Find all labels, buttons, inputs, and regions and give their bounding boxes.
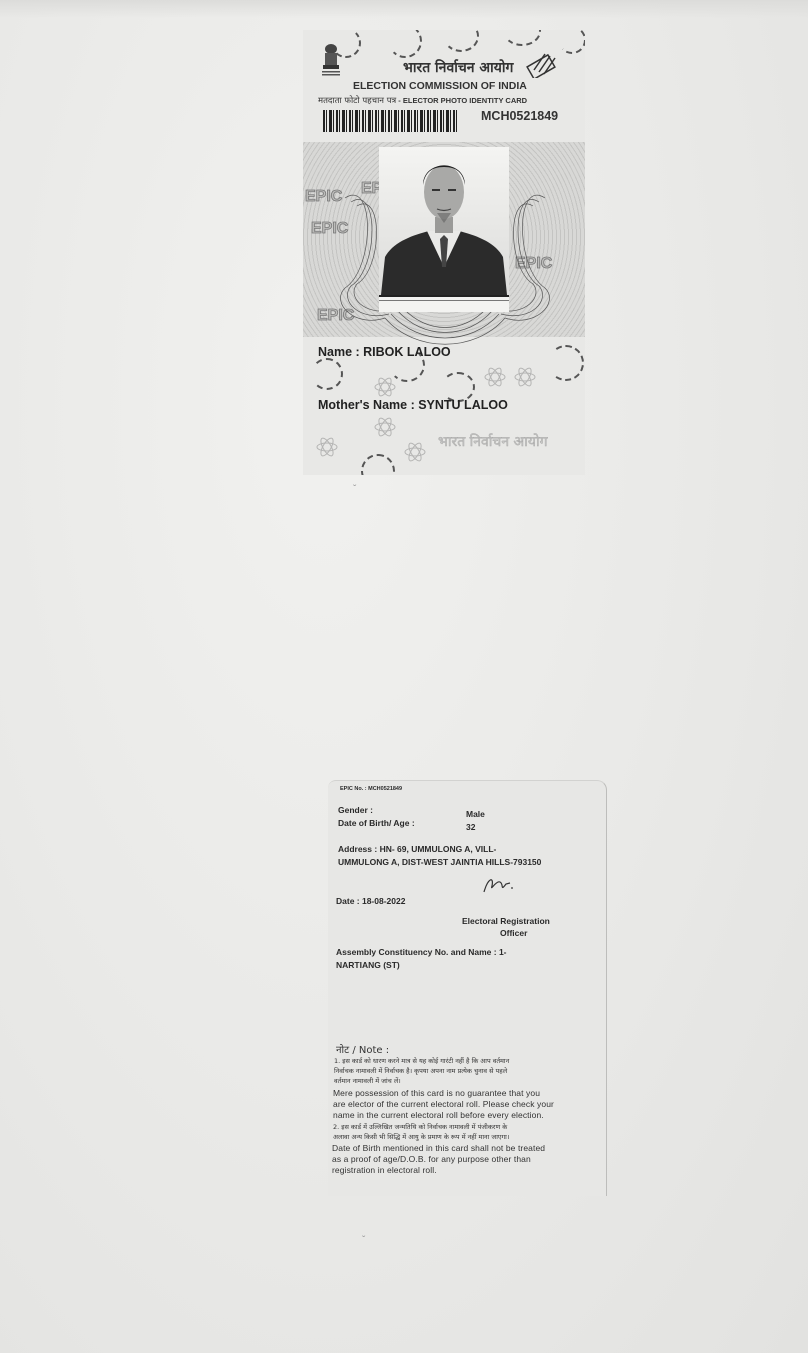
- issue-date: Date : 18-08-2022: [336, 896, 405, 906]
- back-epic-number: EPIC No. : MCH0521849: [340, 786, 402, 792]
- address-line-1: Address : HN- 69, UMMULONG A, VILL-: [338, 844, 496, 854]
- mother-name-label: Mother's Name :: [318, 398, 418, 412]
- card-type-hindi: मतदाता फोटो पहचान पत्र: [318, 96, 396, 106]
- decor-ring: [311, 358, 343, 390]
- paper-shadow: [0, 0, 808, 18]
- card-type-english: - ELECTOR PHOTO IDENTITY CARD: [396, 96, 527, 105]
- atom-watermark-icon: [373, 375, 397, 399]
- note1-hindi-line: वर्तमान नामावली में जांच लें।: [334, 1076, 401, 1085]
- epic-number: MCH0521849: [481, 109, 558, 123]
- gender-label: Gender :: [338, 805, 373, 815]
- note2-hindi-line: 2. इस कार्ड में उल्लिखित जन्मतिथि को निर…: [333, 1122, 507, 1131]
- photo-bar: [379, 295, 509, 297]
- photo-bar: [379, 300, 509, 301]
- officer-signature: [480, 874, 514, 896]
- voter-id-back: EPIC No. : MCH0521849 Gender : Male Date…: [328, 780, 607, 1196]
- decor-ring: [503, 30, 541, 46]
- decor-ring: [388, 30, 422, 58]
- constituency-line-2: NARTIANG (ST): [336, 960, 400, 970]
- org-name-hindi: भारत निर्वाचन आयोग: [403, 58, 513, 77]
- note2-english-line: as a proof of age/D.O.B. for any purpose…: [332, 1154, 531, 1164]
- officer-title-2: Officer: [500, 928, 527, 938]
- elector-name: Name : RIBOK LALOO: [318, 345, 451, 359]
- note1-english-line: name in the current electoral roll befor…: [333, 1110, 544, 1120]
- hindi-watermark: भारत निर्वाचन आयोग: [438, 432, 547, 451]
- note-heading: नोट / Note :: [336, 1042, 389, 1056]
- note1-english-line: are elector of the current electoral rol…: [333, 1099, 554, 1109]
- atom-watermark-icon: [513, 365, 537, 389]
- decor-ring: [361, 454, 395, 475]
- dob-label: Date of Birth/ Age :: [338, 818, 415, 828]
- name-label: Name :: [318, 345, 363, 359]
- barcode: [323, 110, 458, 132]
- paper-mark: ˇ: [353, 484, 356, 495]
- paper-mark: ˇ: [362, 1235, 365, 1246]
- voter-id-front: भारत निर्वाचन आयोग ELECTION COMMISSION O…: [303, 30, 585, 475]
- mother-name: Mother's Name : SYNTU LALOO: [318, 398, 508, 412]
- atom-watermark-icon: [403, 440, 427, 464]
- evm-icon: [525, 48, 559, 78]
- note2-english-line: registration in electoral roll.: [332, 1165, 437, 1175]
- note1-hindi-line: 1. इस कार्ड को धारण करने मात्र से यह कोई…: [334, 1056, 509, 1065]
- atom-watermark-icon: [483, 365, 507, 389]
- decor-ring: [558, 30, 585, 54]
- card-type: मतदाता फोटो पहचान पत्र - ELECTOR PHOTO I…: [318, 95, 527, 106]
- note1-english-line: Mere possession of this card is no guara…: [333, 1088, 540, 1098]
- constituency-line-1: Assembly Constituency No. and Name : 1-: [336, 947, 507, 957]
- portrait-figure: [379, 147, 509, 295]
- decor-ring: [443, 30, 479, 52]
- atom-watermark-icon: [315, 435, 339, 459]
- note2-english-line: Date of Birth mentioned in this card sha…: [332, 1143, 545, 1153]
- officer-title-1: Electoral Registration: [462, 916, 550, 926]
- portrait-photo: [379, 147, 509, 312]
- org-name-english: ELECTION COMMISSION OF INDIA: [353, 80, 527, 92]
- mother-name-value: SYNTU LALOO: [418, 398, 508, 412]
- name-value: RIBOK LALOO: [363, 345, 451, 359]
- note1-hindi-line: निर्वाचक नामावली में निर्वाचक है। कृपया …: [334, 1066, 507, 1075]
- gender-value: Male: [466, 809, 485, 819]
- note2-hindi-line: अलावा अन्य किसी भी सिद्धि में आयु के प्र…: [333, 1132, 509, 1141]
- national-emblem-icon: [320, 43, 342, 77]
- dob-value: 32: [466, 822, 475, 832]
- decor-ring: [548, 345, 584, 381]
- atom-watermark-icon: [373, 415, 397, 439]
- address-line-2: UMMULONG A, DIST-WEST JAINTIA HILLS-7931…: [338, 857, 541, 867]
